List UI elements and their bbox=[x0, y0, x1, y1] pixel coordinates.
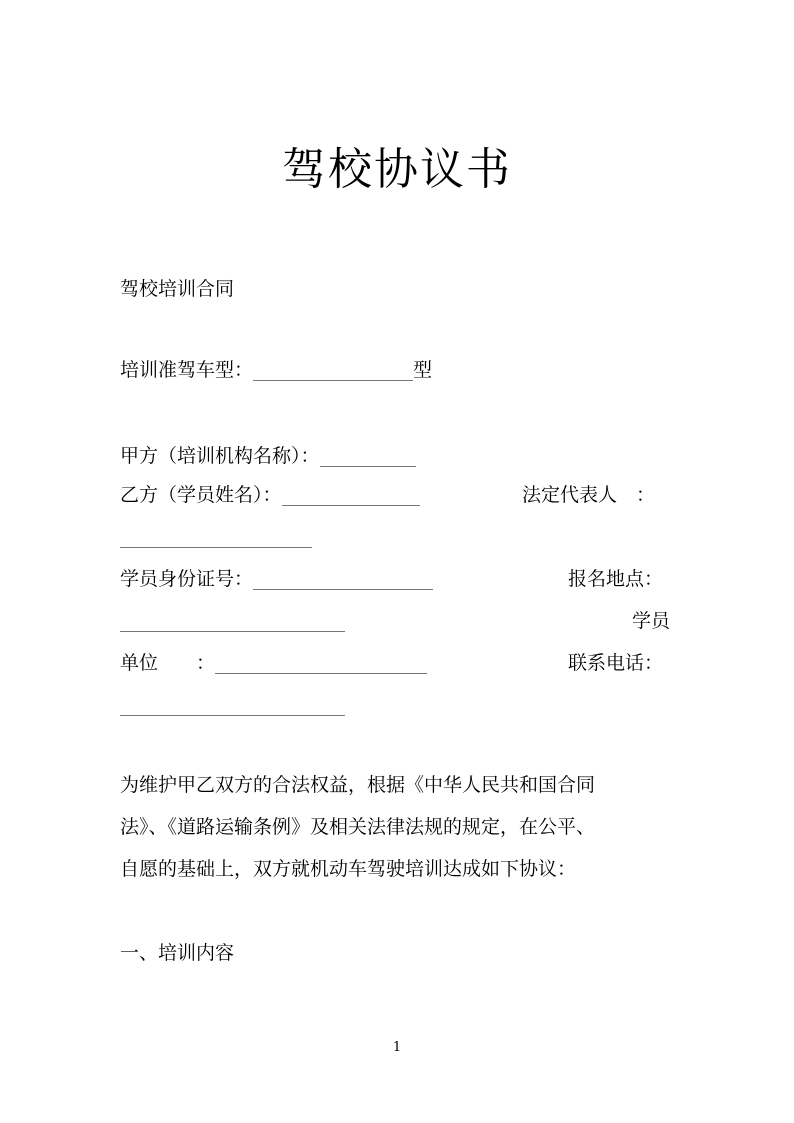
party-b-label: 乙方（学员姓名）： bbox=[120, 484, 282, 506]
vehicle-type-suffix: 型 bbox=[413, 359, 432, 381]
registration-place-label: 报名地点： bbox=[568, 566, 663, 592]
vehicle-type-row: 培训准驾车型：型 bbox=[120, 357, 432, 383]
preamble-line: 法》、《道路运输条例》及相关法律法规的规定，在公平、 bbox=[120, 806, 680, 848]
vehicle-type-label: 培训准驾车型： bbox=[120, 359, 253, 381]
legal-rep-label: 法定代表人 ： bbox=[522, 482, 655, 508]
party-a-label: 甲方（培训机构名称）： bbox=[120, 445, 320, 467]
registration-place-blank[interactable] bbox=[120, 611, 345, 632]
document-title: 驾校协议书 bbox=[0, 140, 794, 200]
legal-rep-row bbox=[120, 524, 312, 550]
preamble-line: 自愿的基础上，双方就机动车驾驶培训达成如下协议： bbox=[120, 848, 680, 890]
vehicle-type-blank[interactable] bbox=[253, 360, 413, 381]
employer-blank[interactable] bbox=[215, 653, 427, 674]
page-number: 1 bbox=[0, 1040, 794, 1055]
party-a-row: 甲方（培训机构名称）： bbox=[120, 443, 416, 469]
employer-label: 单位 ： bbox=[120, 652, 215, 674]
preamble: 为维护甲乙双方的合法权益，根据《中华人民共和国合同 法》、《道路运输条例》及相关… bbox=[120, 764, 680, 890]
party-a-blank[interactable] bbox=[320, 446, 416, 467]
student-label: 学员 bbox=[632, 608, 670, 634]
phone-blank[interactable] bbox=[120, 695, 345, 716]
legal-rep-blank[interactable] bbox=[120, 527, 312, 548]
subtitle: 驾校培训合同 bbox=[120, 276, 234, 302]
student-id-label: 学员身份证号： bbox=[120, 568, 253, 590]
section-heading: 一、培训内容 bbox=[120, 940, 234, 966]
student-id-blank[interactable] bbox=[253, 569, 433, 590]
preamble-line: 为维护甲乙双方的合法权益，根据《中华人民共和国合同 bbox=[120, 764, 680, 806]
phone-row bbox=[120, 692, 345, 718]
phone-label: 联系电话： bbox=[568, 650, 663, 676]
employer-row: 单位 ： bbox=[120, 650, 427, 676]
party-b-blank[interactable] bbox=[282, 485, 420, 506]
registration-place-row bbox=[120, 608, 345, 634]
student-id-row: 学员身份证号： bbox=[120, 566, 433, 592]
party-b-row: 乙方（学员姓名）： bbox=[120, 482, 420, 508]
